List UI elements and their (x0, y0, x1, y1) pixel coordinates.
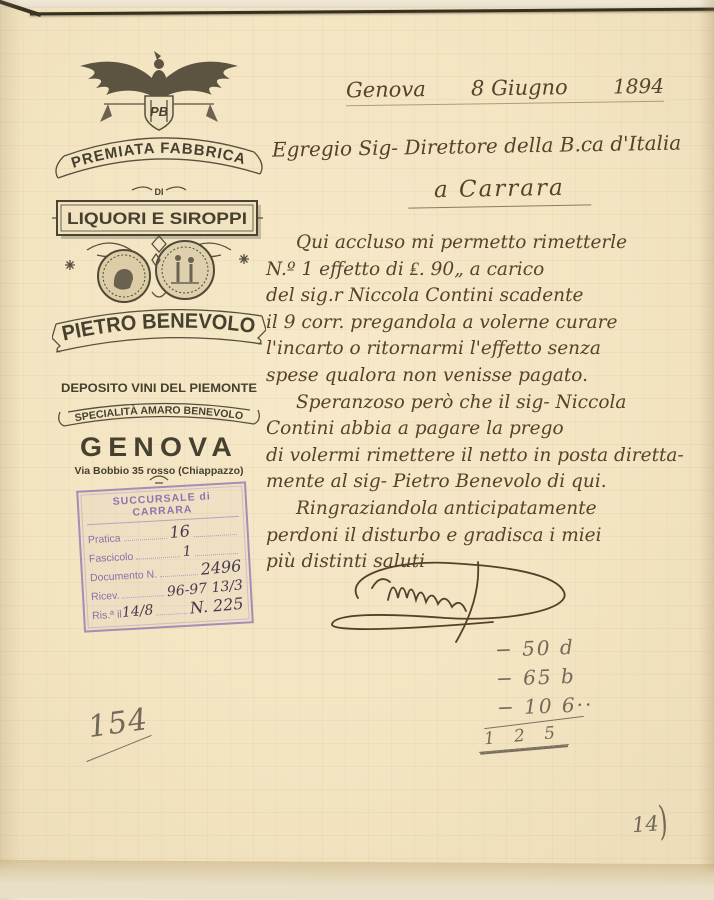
dateline: Genova 8 Giugno 1894 (346, 74, 664, 106)
paper-bottom-edge (0, 860, 714, 900)
paper-right-shadow (698, 0, 714, 900)
pencil-line: − 50 d (495, 632, 592, 664)
date-year: 1894 (613, 74, 664, 99)
name-banner: PIETRO BENEVOLO (52, 310, 266, 352)
stamp-value: 16 (169, 521, 191, 542)
body-line: del sig.r Niccola Contini scadente (266, 283, 700, 310)
stamp-value: 14/8 (121, 602, 154, 621)
medal-left (98, 250, 150, 302)
letterhead-engraving: PB PREMIATA FABBRICA DI LIQUORI E SIROPP… (52, 22, 266, 484)
specialty-ribbon: SPECIALITÀ AMARO BENEVOLO (59, 403, 260, 426)
body-line: Speranzoso però che il sig- Niccola (266, 390, 700, 417)
recipient-city: a Carrara (408, 174, 591, 208)
date-place: Genova (346, 77, 426, 102)
body-line: l'incarto o ritornarmi l'effetto senza (266, 336, 700, 363)
di-ornament: DI (132, 187, 186, 197)
body-line: N.º 1 effetto di ₤. 90„ a carico (266, 257, 700, 284)
stamp-value: 2496 (200, 556, 242, 579)
medal-right (156, 241, 214, 299)
branch-office-stamp: SUCCURSALE di CARRARA Pratica 16 Fascico… (76, 481, 254, 632)
body-line: il 9 corr. pregandola a volerne curare (266, 310, 700, 337)
banner-premiata-fabbrica: PREMIATA FABBRICA (56, 138, 262, 178)
body-line: Qui accluso mi permetto rimetterle (266, 230, 700, 257)
paper-left-shadow (0, 0, 22, 900)
product-box-text: LIQUORI E SIROPPI (67, 209, 247, 228)
scanned-letter-page: PB PREMIATA FABBRICA DI LIQUORI E SIROPP… (0, 0, 714, 900)
pencil-figures: − 50 d − 65 b − 10 6·· (495, 632, 594, 722)
address-line: Via Bobbio 35 rosso (Chiappazzo) (75, 465, 244, 477)
page-number: 14) (631, 811, 668, 837)
body-line: perdoni il disturbo e gradisca i miei (266, 523, 700, 550)
monogram-pb: PB (150, 104, 168, 119)
pencil-line: − 65 b (496, 661, 593, 693)
address-ornament (150, 476, 168, 483)
pencil-line: − 10 6·· (497, 690, 594, 722)
product-box: LIQUORI E SIROPPI (52, 201, 263, 239)
body-line: spese qualora non venisse pagato. (266, 363, 700, 390)
city-name: GENOVA (80, 432, 238, 462)
heraldic-shield: PB (100, 96, 218, 130)
letter-body: Qui accluso mi permetto rimetterle N.º 1… (266, 230, 700, 576)
body-line: Ringraziandola anticipatamente (266, 496, 700, 523)
stamp-value: N. 225 (189, 594, 244, 618)
deposit-line: DEPOSITO VINI DEL PIEMONTE (61, 381, 257, 395)
body-line: mente al sig- Pietro Benevolo di qui. (266, 469, 700, 496)
body-line: di volermi rimettere il netto in posta d… (266, 443, 700, 470)
stamp-value: 1 (182, 543, 192, 560)
signature-flourish (328, 554, 586, 646)
body-line: Contini abbia a pagare la prego (266, 416, 700, 443)
date-day-month: 8 Giugno (471, 75, 568, 100)
svg-text:DI: DI (155, 187, 164, 197)
